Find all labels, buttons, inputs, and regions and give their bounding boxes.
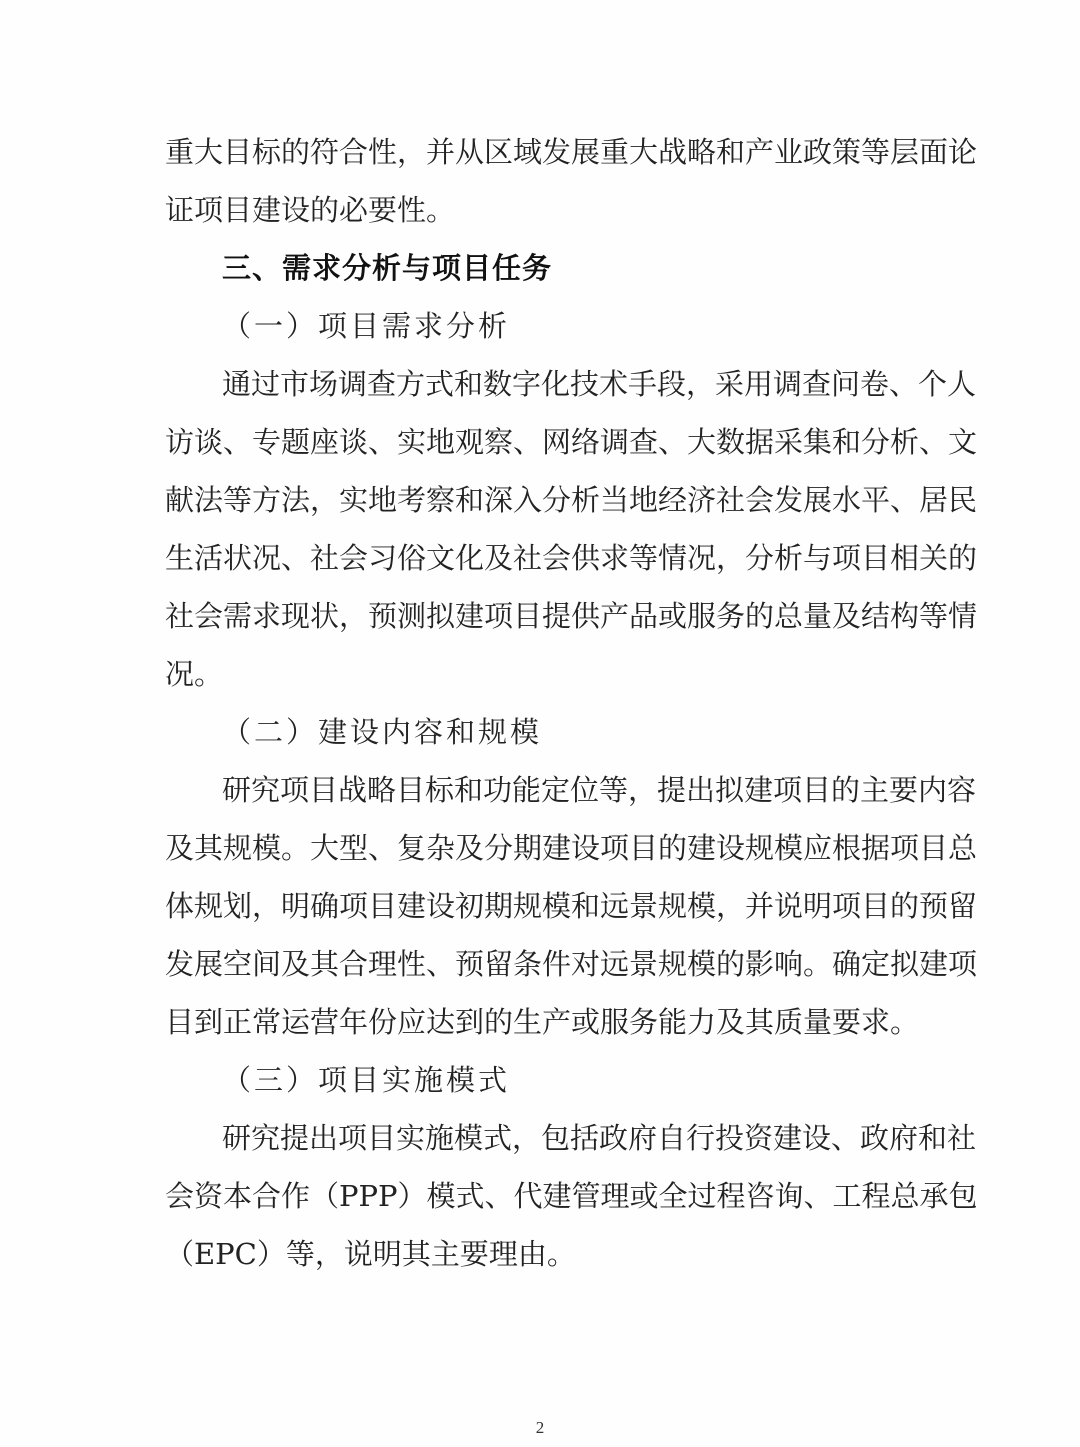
subsection-heading: （一）项目需求分析 (222, 306, 917, 346)
paragraph-line: 研究项目战略目标和功能定位等，提出拟建项目的主要内容 (222, 770, 917, 810)
paragraph-line: 生活状况、社会习俗文化及社会供求等情况，分析与项目相关的 (165, 538, 917, 578)
paragraph-line: 重大目标的符合性，并从区域发展重大战略和产业政策等层面论 (165, 132, 917, 172)
document-page: 重大目标的符合性，并从区域发展重大战略和产业政策等层面论 证项目建设的必要性。 … (0, 0, 1080, 1447)
page-number: 2 (530, 1418, 550, 1438)
paragraph-line: 研究提出项目实施模式，包括政府自行投资建设、政府和社 (222, 1118, 917, 1158)
subsection-heading: （三）项目实施模式 (222, 1060, 917, 1100)
paragraph-line: 体规划，明确项目建设初期规模和远景规模，并说明项目的预留 (165, 886, 917, 926)
paragraph-line: 通过市场调查方式和数字化技术手段，采用调查问卷、个人 (222, 364, 917, 404)
paragraph-line: 会资本合作（PPP）模式、代建管理或全过程咨询、工程总承包 (165, 1176, 917, 1216)
paragraph-line: 及其规模。大型、复杂及分期建设项目的建设规模应根据项目总 (165, 828, 917, 868)
paragraph-line: 社会需求现状，预测拟建项目提供产品或服务的总量及结构等情 (165, 596, 917, 636)
paragraph-line: 证项目建设的必要性。 (165, 190, 917, 230)
paragraph-line: 发展空间及其合理性、预留条件对远景规模的影响。确定拟建项 (165, 944, 917, 984)
paragraph-line: （EPC）等，说明其主要理由。 (165, 1234, 917, 1274)
paragraph-line: 访谈、专题座谈、实地观察、网络调查、大数据采集和分析、文 (165, 422, 917, 462)
subsection-heading: （二）建设内容和规模 (222, 712, 917, 752)
paragraph-line: 况。 (165, 654, 917, 694)
section-heading: 三、需求分析与项目任务 (222, 248, 917, 288)
paragraph-line: 献法等方法，实地考察和深入分析当地经济社会发展水平、居民 (165, 480, 917, 520)
paragraph-line: 目到正常运营年份应达到的生产或服务能力及其质量要求。 (165, 1002, 917, 1042)
